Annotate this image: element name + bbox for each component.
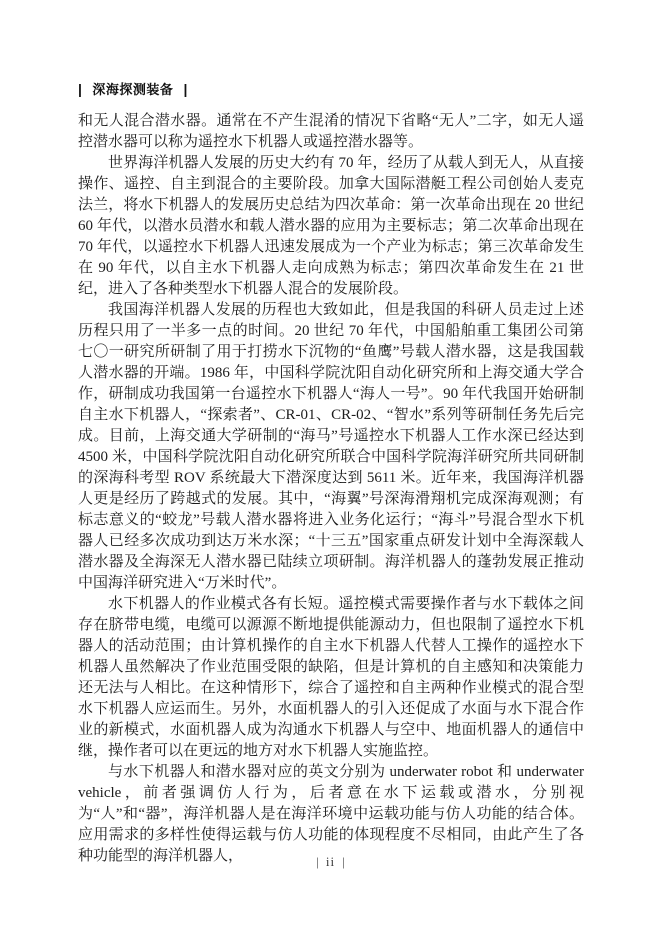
paragraph-5: 与水下机器人和潜水器对应的英文分别为 underwater robot 和 un… [78,762,584,867]
paragraph-1: 和无人混合潜水器。通常在不产生混淆的情况下省略“无人”二字，如无人遥控潜水器可以… [78,111,584,153]
footer-divider-left: | [316,854,319,869]
footer-divider-right: | [342,854,345,869]
header-divider-left: | [78,81,82,97]
document-page: | 深海探测装备 | 和无人混合潜水器。通常在不产生混淆的情况下省略“无人”二字… [0,0,661,925]
page-footer: |ii| [0,854,661,870]
running-head-title: 深海探测装备 [92,79,173,98]
paragraph-2: 世界海洋机器人发展的历史大约有 70 年，经历了从载人到无人，从直接操作、遥控、… [78,153,584,300]
page-header: | 深海探测装备 | [78,79,188,98]
page-number: ii [326,854,335,869]
header-divider-right: | [183,81,187,97]
paragraph-4: 水下机器人的作业模式各有长短。遥控模式需要操作者与水下载体之间存在脐带电缆，电缆… [78,594,584,762]
document-body: 和无人混合潜水器。通常在不产生混淆的情况下省略“无人”二字，如无人遥控潜水器可以… [78,111,584,867]
paragraph-3: 我国海洋机器人发展的历程也大致如此，但是我国的科研人员走过上述历程只用了一半多一… [78,300,584,594]
